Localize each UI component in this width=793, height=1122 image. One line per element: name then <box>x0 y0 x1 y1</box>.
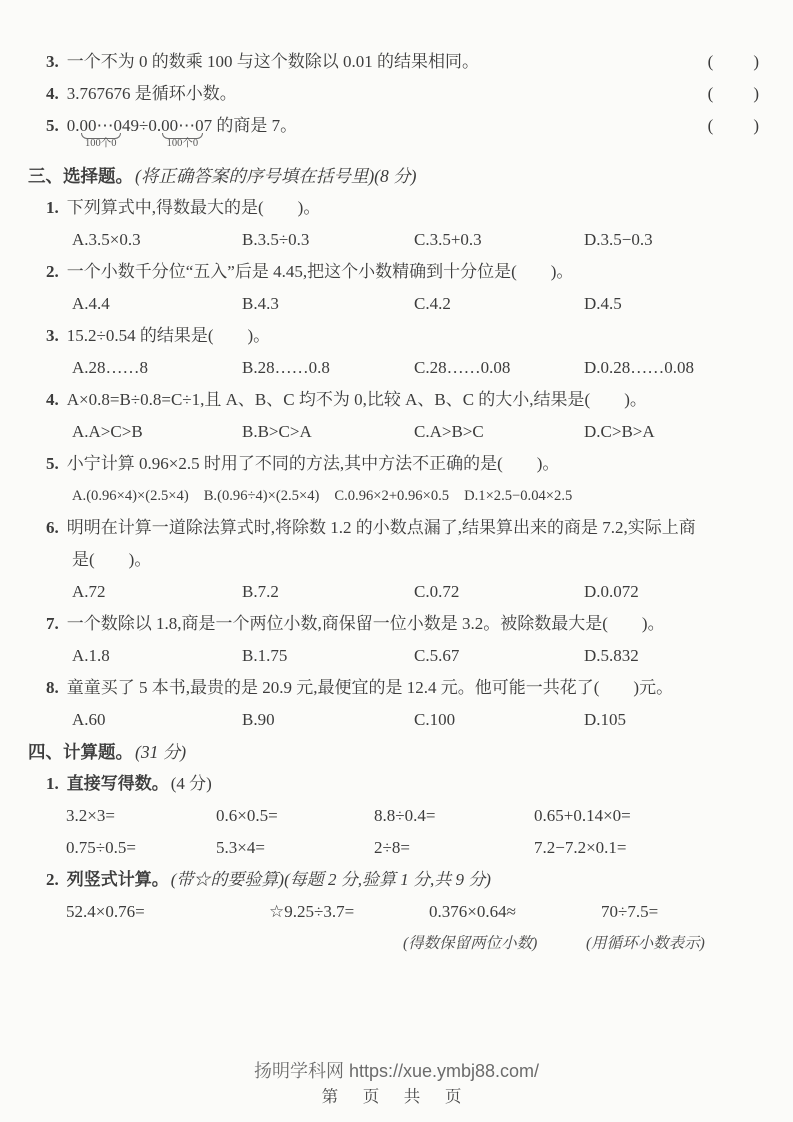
choice-question-7: 7. 一个数除以 1.8,商是一个两位小数,商保留一位小数是 3.2。被除数最大… <box>28 608 763 640</box>
question-text: A×0.8=B÷0.8=C÷1,且 A、B、C 均不为 0,比较 A、B、C 的… <box>67 384 763 416</box>
option-d: D.0.072 <box>584 576 639 608</box>
choice-options-1: A.3.5×0.3 B.3.5÷0.3 C.3.5+0.3 D.3.5−0.3 <box>28 224 763 256</box>
option-d: D.0.28……0.08 <box>584 352 694 384</box>
option-c: C.5.67 <box>414 640 584 672</box>
choice-question-6: 6. 明明在计算一道除法算式时,将除数 1.2 的小数点漏了,结果算出来的商是 … <box>28 512 763 544</box>
footer-page-number: 第 页 共 页 <box>0 1084 793 1110</box>
page-footer: 扬明学科网 https://xue.ymbj88.com/ 第 页 共 页 <box>0 1058 793 1110</box>
question-text: 一个不为 0 的数乘 100 与这个数除以 0.01 的结果相同。 <box>67 46 708 78</box>
option-b: B.28……0.8 <box>242 352 414 384</box>
option-c: C.A>B>C <box>414 416 584 448</box>
choice-question-8: 8. 童童买了 5 本书,最贵的是 20.9 元,最便宜的是 12.4 元。他可… <box>28 672 763 704</box>
option-b: B.3.5÷0.3 <box>242 224 414 256</box>
equation: 70÷7.5= <box>601 896 658 928</box>
question-number: 3. <box>46 320 59 352</box>
equation: 5.3×4= <box>216 832 374 864</box>
equation: 7.2−7.2×0.1= <box>534 832 627 864</box>
question-number: 1. <box>46 768 59 800</box>
choice-options-6: A.72 B.7.2 C.0.72 D.0.072 <box>28 576 763 608</box>
option-a: A.28……8 <box>72 352 242 384</box>
option-d: D.1×2.5−0.04×2.5 <box>464 480 572 512</box>
question-text: 明明在计算一道除法算式时,将除数 1.2 的小数点漏了,结果算出来的商是 7.2… <box>67 512 763 544</box>
equation: 0.6×0.5= <box>216 800 374 832</box>
choice-question-5: 5. 小宁计算 0.96×2.5 时用了不同的方法,其中方法不正确的是( )。 <box>28 448 763 480</box>
equation: 2÷8= <box>374 832 534 864</box>
question-number: 5. <box>46 448 59 480</box>
equation: 8.8÷0.4= <box>374 800 534 832</box>
choice-options-7: A.1.8 B.1.75 C.5.67 D.5.832 <box>28 640 763 672</box>
choice-question-3: 3. 15.2÷0.54 的结果是( )。 <box>28 320 763 352</box>
choice-question-6-line2: 是( )。 <box>28 544 763 576</box>
option-b: B.(0.96÷4)×(2.5×4) <box>204 480 320 512</box>
question-text: 15.2÷0.54 的结果是( )。 <box>67 320 763 352</box>
calc-sub2-heading: 2. 列竖式计算。 (带☆的要验算)(每题 2 分,验算 1 分,共 9 分) <box>28 864 763 896</box>
option-d: D.3.5−0.3 <box>584 224 653 256</box>
option-a: A.72 <box>72 576 242 608</box>
question-text-continued: 是( )。 <box>72 544 151 576</box>
calc-note-repeating: (用循环小数表示) <box>586 928 705 960</box>
question-text: 下列算式中,得数最大的是( )。 <box>67 192 763 224</box>
answer-bracket: ( ) <box>708 46 763 78</box>
option-b: B.90 <box>242 704 414 736</box>
vertical-calc-row: 52.4×0.76= ☆9.25÷3.7= 0.376×0.64≈ 70÷7.5… <box>28 896 763 928</box>
option-c: C.28……0.08 <box>414 352 584 384</box>
answer-bracket: ( ) <box>708 110 763 142</box>
equation: 0.376×0.64≈ <box>429 896 601 928</box>
mental-math-row-2: 0.75÷0.5= 5.3×4= 2÷8= 7.2−7.2×0.1= <box>28 832 763 864</box>
option-d: D.105 <box>584 704 626 736</box>
calc-note-round: (得数保留两位小数) <box>403 928 586 960</box>
exam-page: 3. 一个不为 0 的数乘 100 与这个数除以 0.01 的结果相同。 ( )… <box>0 0 793 1122</box>
question-number: 2. <box>46 864 59 896</box>
judge-item-5: 5. 0.00⋯0100个049÷0.00⋯0100个07 的商是 7。 ( ) <box>28 110 763 142</box>
equation: 52.4×0.76= <box>66 896 269 928</box>
calc-sub1-heading: 1. 直接写得数。 (4 分) <box>28 768 763 800</box>
option-c: C.0.96×2+0.96×0.5 <box>334 480 449 512</box>
question-number: 6. <box>46 512 59 544</box>
question-text: 一个小数千分位“五入”后是 4.45,把这个小数精确到十分位是( )。 <box>67 256 763 288</box>
option-a: A.A>C>B <box>72 416 242 448</box>
underbrace-group: 00⋯0100个0 <box>161 110 204 142</box>
underbrace-label: 100个0 <box>167 137 199 151</box>
option-d: D.C>B>A <box>584 416 655 448</box>
question-number: 4. <box>46 384 59 416</box>
underbrace-label: 100个0 <box>85 137 117 151</box>
choice-question-4: 4. A×0.8=B÷0.8=C÷1,且 A、B、C 均不为 0,比较 A、B、… <box>28 384 763 416</box>
question-number: 1. <box>46 192 59 224</box>
question-number: 8. <box>46 672 59 704</box>
option-c: C.3.5+0.3 <box>414 224 584 256</box>
option-c: C.100 <box>414 704 584 736</box>
subsection-title: 列竖式计算。 <box>67 864 169 896</box>
option-a: A.3.5×0.3 <box>72 224 242 256</box>
choice-question-2: 2. 一个小数千分位“五入”后是 4.45,把这个小数精确到十分位是( )。 <box>28 256 763 288</box>
section-title: 四、计算题。 <box>28 736 133 768</box>
section-choice-heading: 三、选择题。 (将正确答案的序号填在括号里)(8 分) <box>28 160 763 192</box>
choice-options-8: A.60 B.90 C.100 D.105 <box>28 704 763 736</box>
option-a: A.60 <box>72 704 242 736</box>
subsection-score: (4 分) <box>171 768 212 800</box>
vertical-calc-notes: (得数保留两位小数) (用循环小数表示) <box>28 928 763 960</box>
question-text: 3.767676 是循环小数。 <box>67 78 708 110</box>
judge-item-3: 3. 一个不为 0 的数乘 100 与这个数除以 0.01 的结果相同。 ( ) <box>28 46 763 78</box>
question-text: 小宁计算 0.96×2.5 时用了不同的方法,其中方法不正确的是( )。 <box>67 448 763 480</box>
option-b: B.1.75 <box>242 640 414 672</box>
number-segment: 49÷0. <box>122 116 161 135</box>
number-segment: 0. <box>67 116 80 135</box>
section-note: (将正确答案的序号填在括号里)(8 分) <box>135 160 416 192</box>
choice-options-2: A.4.4 B.4.3 C.4.2 D.4.5 <box>28 288 763 320</box>
exam-content: 3. 一个不为 0 的数乘 100 与这个数除以 0.01 的结果相同。 ( )… <box>0 0 793 960</box>
question-number: 7. <box>46 608 59 640</box>
option-c: C.0.72 <box>414 576 584 608</box>
question-number: 2. <box>46 256 59 288</box>
section-calc-heading: 四、计算题。 (31 分) <box>28 736 763 768</box>
question-number: 5. <box>46 110 59 142</box>
equation: ☆9.25÷3.7= <box>269 896 429 928</box>
question-text: 童童买了 5 本书,最贵的是 20.9 元,最便宜的是 12.4 元。他可能一共… <box>67 672 763 704</box>
question-number: 4. <box>46 78 59 110</box>
choice-options-5: A.(0.96×4)×(2.5×4) B.(0.96÷4)×(2.5×4) C.… <box>28 480 763 512</box>
option-a: A.4.4 <box>72 288 242 320</box>
equation: 0.65+0.14×0= <box>534 800 631 832</box>
subsection-title: 直接写得数。 <box>67 768 169 800</box>
option-d: D.5.832 <box>584 640 639 672</box>
question-text: 0.00⋯0100个049÷0.00⋯0100个07 的商是 7。 <box>67 110 708 142</box>
option-b: B.7.2 <box>242 576 414 608</box>
option-c: C.4.2 <box>414 288 584 320</box>
underbrace-group: 00⋯0100个0 <box>80 110 123 142</box>
subsection-note: (带☆的要验算)(每题 2 分,验算 1 分,共 9 分) <box>171 864 491 896</box>
option-d: D.4.5 <box>584 288 622 320</box>
option-a: A.1.8 <box>72 640 242 672</box>
footer-site-url: 扬明学科网 https://xue.ymbj88.com/ <box>0 1058 793 1084</box>
question-number: 3. <box>46 46 59 78</box>
choice-options-3: A.28……8 B.28……0.8 C.28……0.08 D.0.28……0.0… <box>28 352 763 384</box>
answer-bracket: ( ) <box>708 78 763 110</box>
equation: 0.75÷0.5= <box>66 832 216 864</box>
option-b: B.B>C>A <box>242 416 414 448</box>
question-text: 一个数除以 1.8,商是一个两位小数,商保留一位小数是 3.2。被除数最大是( … <box>67 608 763 640</box>
choice-question-1: 1. 下列算式中,得数最大的是( )。 <box>28 192 763 224</box>
equation: 3.2×3= <box>66 800 216 832</box>
choice-options-4: A.A>C>B B.B>C>A C.A>B>C D.C>B>A <box>28 416 763 448</box>
judge-item-4: 4. 3.767676 是循环小数。 ( ) <box>28 78 763 110</box>
option-b: B.4.3 <box>242 288 414 320</box>
mental-math-row-1: 3.2×3= 0.6×0.5= 8.8÷0.4= 0.65+0.14×0= <box>28 800 763 832</box>
section-score: (31 分) <box>135 736 186 768</box>
number-segment: 7 的商是 7。 <box>204 116 298 135</box>
option-a: A.(0.96×4)×(2.5×4) <box>72 480 189 512</box>
section-title: 三、选择题。 <box>28 160 133 192</box>
